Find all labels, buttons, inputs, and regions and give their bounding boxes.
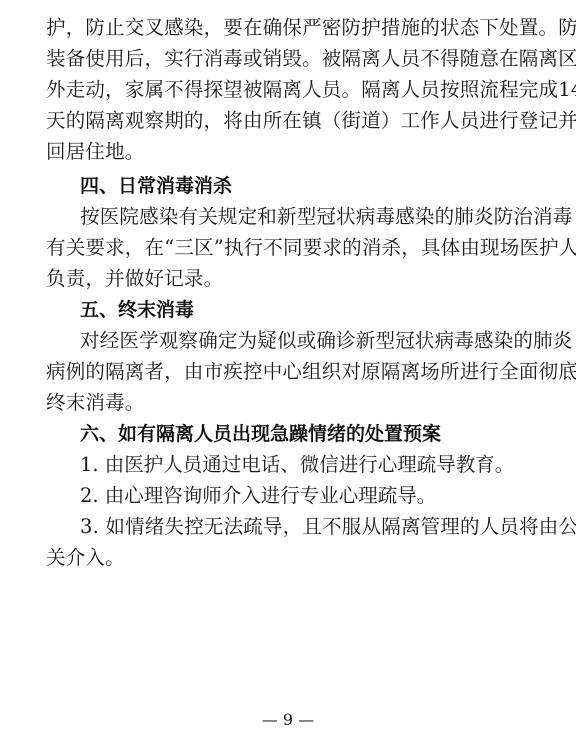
paragraph-line: 有关要求，在“三区”执行不同要求的消杀，具体由现场医护人员 [46,236,528,260]
paragraph-line: 终末消毒。 [46,391,528,415]
paragraph-line: 天的隔离观察期的，将由所在镇（街道）工作人员进行登记并接 [46,109,528,133]
document-page: 护，防止交叉感染，要在确保严密防护措施的状态下处置。防护 装备使用后，实行消毒或… [0,0,576,747]
paragraph-line: 负责，并做好记录。 [46,267,528,291]
page-number: — 9 — [0,710,576,730]
paragraph-line: 装备使用后，实行消毒或销毁。被隔离人员不得随意在隔离区内、 [46,47,528,71]
section-heading-4: 四、日常消毒消杀 [80,174,232,198]
paragraph-line: 回居住地。 [46,140,528,164]
paragraph-line: 护，防止交叉感染，要在确保严密防护措施的状态下处置。防护 [46,16,528,40]
paragraph-line: 外走动，家属不得探望被隔离人员。隔离人员按照流程完成14 [46,78,528,102]
paragraph-line: 病例的隔离者，由市疾控中心组织对原隔离场所进行全面彻底的 [46,360,528,384]
section-heading-5: 五、终末消毒 [80,298,194,322]
paragraph-line: 按医院感染有关规定和新型冠状病毒感染的肺炎防治消毒 [80,205,528,229]
list-item-continuation: 关介入。 [46,546,528,570]
list-item: 3. 如情绪失控无法疏导，且不服从隔离管理的人员将由公安机 [80,515,528,539]
paragraph-line: 对经医学观察确定为疑似或确诊新型冠状病毒感染的肺炎 [80,329,528,353]
list-item: 1. 由医护人员通过电话、微信进行心理疏导教育。 [80,453,514,477]
list-item: 2. 由心理咨询师介入进行专业心理疏导。 [80,484,436,508]
section-heading-6: 六、如有隔离人员出现急躁情绪的处置预案 [80,422,441,446]
